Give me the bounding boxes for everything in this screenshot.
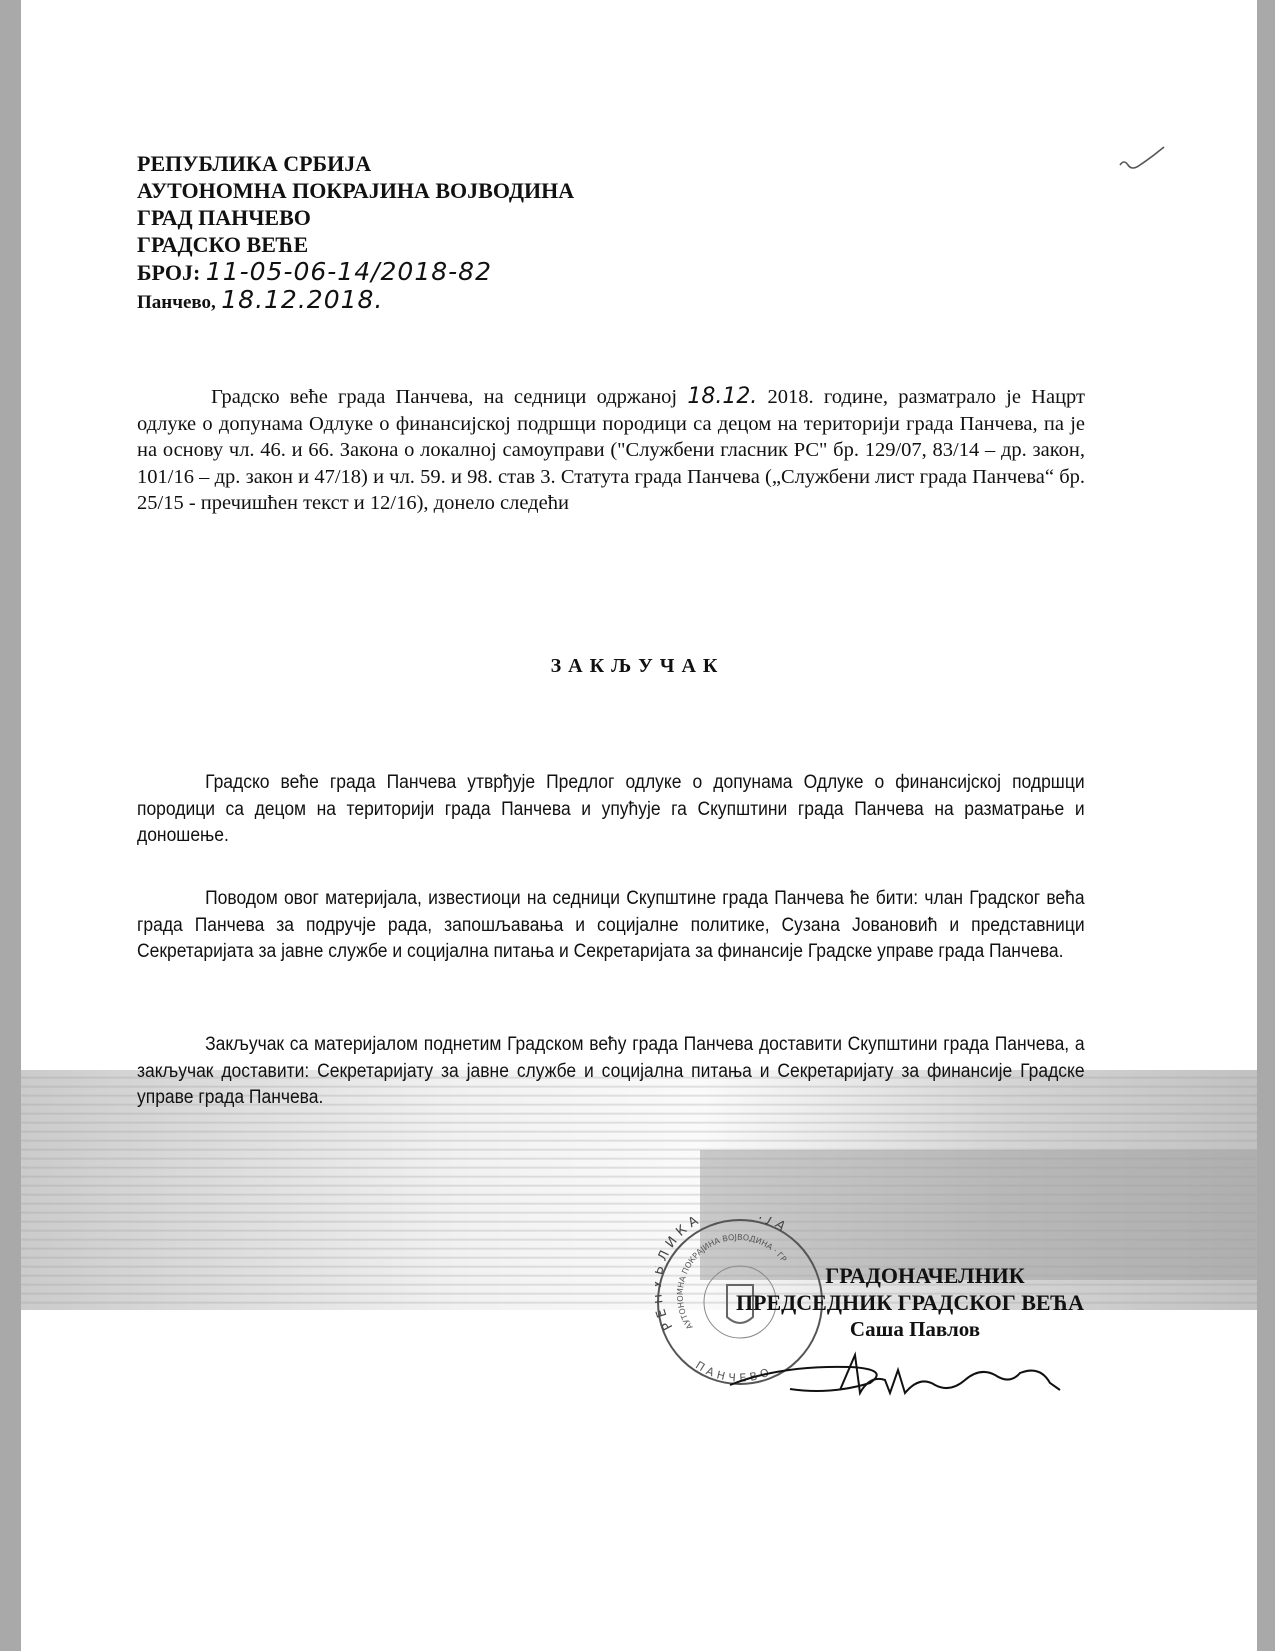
conclusion-paragraph-3: Закључак са материјалом поднетим Градско… [137,1032,1085,1112]
document-number: БРОЈ: 11-05-06-14/2018-82 [137,258,574,286]
document-number-value: 11-05-06-14/2018-82 [206,257,492,286]
paragraph-text: Закључак са материјалом поднетим Градско… [137,1034,1085,1108]
header-province: АУТОНОМНА ПОКРАЈИНА ВОЈВОДИНА [137,177,574,204]
header-republic: РЕПУБЛИКА СРБИЈА [137,150,574,177]
paragraph-text: Градско веће града Панчева утврђује Пред… [137,772,1085,846]
document-header: РЕПУБЛИКА СРБИЈА АУТОНОМНА ПОКРАЈИНА ВОЈ… [137,150,574,316]
header-council: ГРАДСКО ВЕЋЕ [137,231,574,258]
document-number-label: БРОЈ: [137,260,200,285]
document-title: ЗАКЉУЧАК [0,655,1275,678]
intro-text-before: Градско веће града Панчева, на седници о… [211,386,677,408]
handwritten-signature-icon [720,1345,1100,1405]
signatory-role-mayor: ГРАДОНАЧЕЛНИК [700,1262,1120,1289]
header-city: ГРАД ПАНЧЕВО [137,204,574,231]
conclusion-paragraph-2: Поводом овог материјала, известиоци на с… [137,886,1085,966]
intro-handwritten-date: 18.12. [687,384,757,409]
place-date: Панчево, 18.12.2018. [137,286,574,316]
signature-block: ГРАДОНАЧЕЛНИК ПРЕДСЕДНИК ГРАДСКОГ ВЕЋА С… [700,1262,1120,1343]
paragraph-text: Поводом овог материјала, известиоци на с… [137,888,1085,962]
signatory-role-president: ПРЕДСЕДНИК ГРАДСКОГ ВЕЋА [700,1289,1120,1316]
scan-edge-right [1257,0,1275,1651]
signatory-name: Саша Павлов [700,1316,1120,1343]
scan-edge-left [0,0,21,1651]
place-label: Панчево, [137,292,216,313]
checkmark-icon [1118,145,1168,175]
intro-paragraph: Градско веће града Панчева, на седници о… [137,384,1085,517]
conclusion-paragraph-1: Градско веће града Панчева утврђује Пред… [137,770,1085,850]
date-value: 18.12.2018. [221,285,383,314]
